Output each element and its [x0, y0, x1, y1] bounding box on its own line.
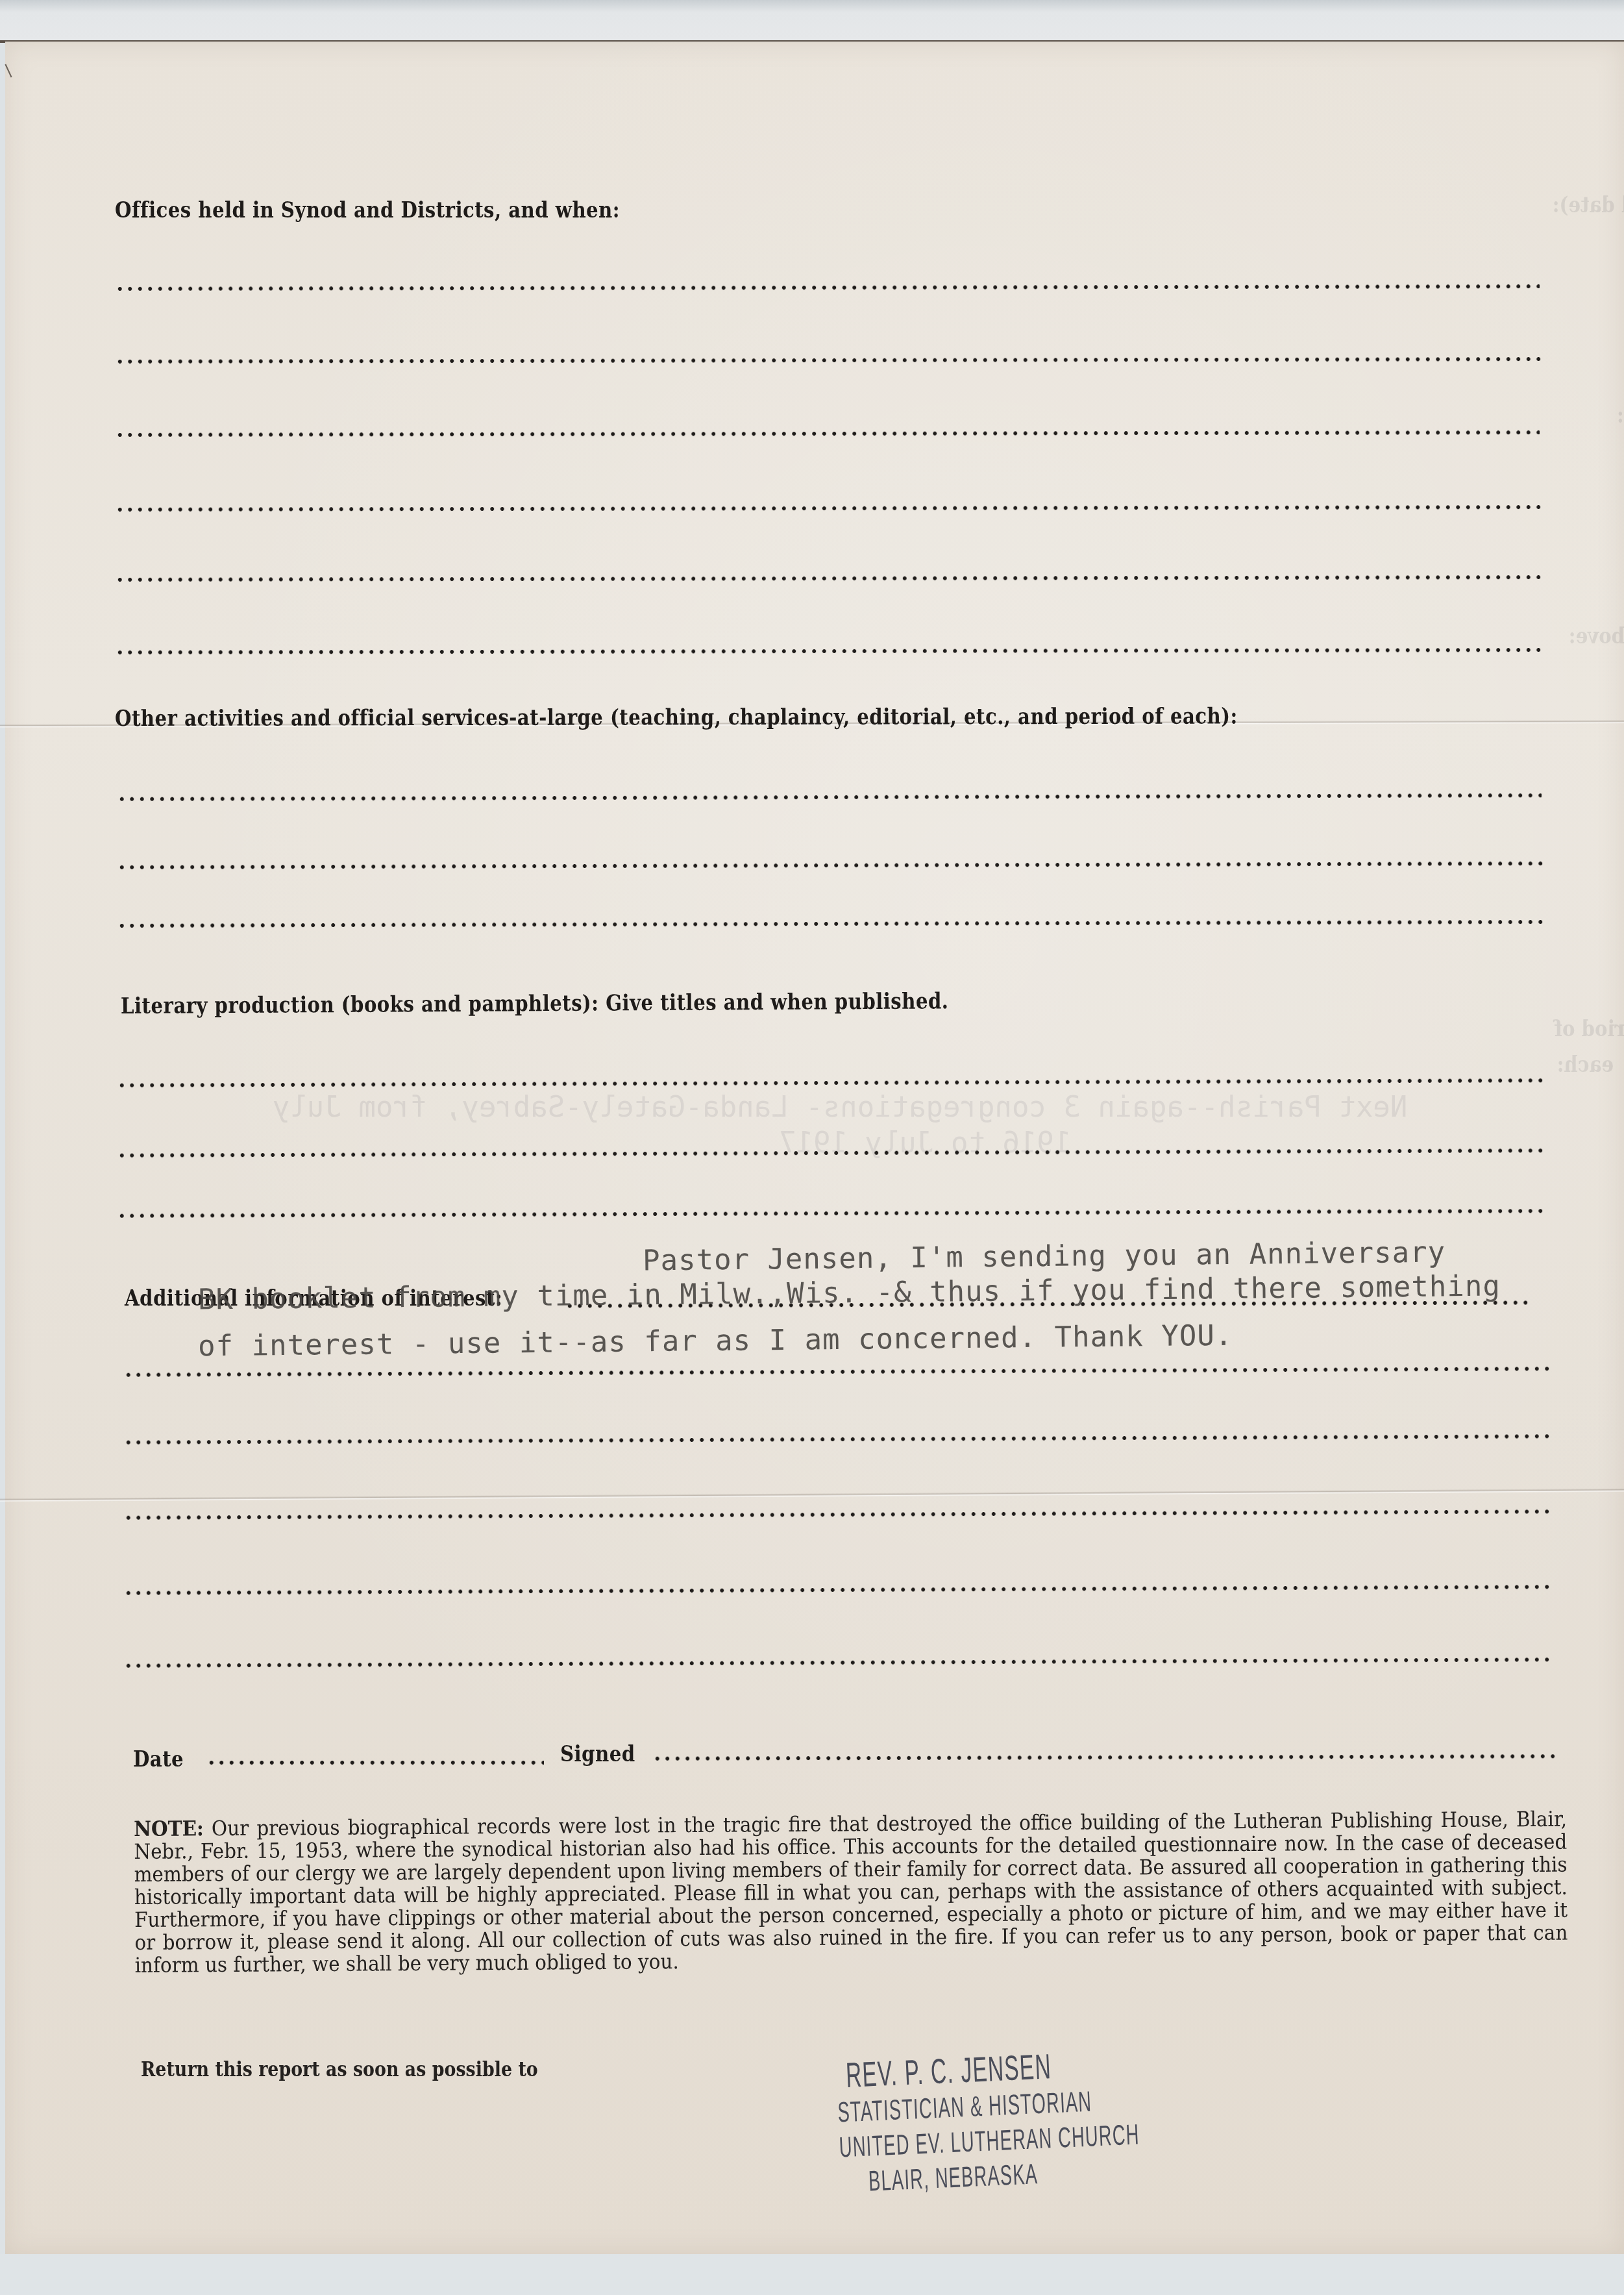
return-instruction: Return this report as soon as possible t… [141, 2057, 538, 2081]
bleed-through-heading: Additional comment on above: [1558, 623, 1624, 649]
signed-label: Signed [560, 1741, 635, 1767]
scanner-bed-bottom [0, 2254, 1624, 2295]
section-label-offices: Offices held in Synod and Districts, and… [115, 197, 620, 223]
section-label-other-activities: Other activities and official services-a… [115, 703, 1238, 732]
bleed-through-heading: Honorary Degrees received (give name of … [1558, 192, 1624, 218]
bleed-through-heading: each: [1558, 1052, 1614, 1078]
section-label-literary: Literary production (books and pamphlets… [121, 988, 949, 1019]
note-body-continued: Furthermore, if you have clippings or ot… [134, 1898, 1568, 1978]
bleed-through-typed: Next Parish--again 3 congregations- Land… [273, 1091, 1407, 1124]
note-paragraph: NOTE: Our previous biographical records … [134, 1808, 1569, 1977]
note-body: Our previous biographical records were l… [134, 1807, 1568, 1909]
date-label: Date [133, 1746, 184, 1772]
address-stamp: REV. P. C. JENSEN STATISTICIAN & HISTORI… [766, 2044, 1135, 2203]
scanner-bed-top [0, 0, 1624, 43]
bleed-through-heading: Other specific training: [1558, 403, 1624, 428]
date-field[interactable] [206, 1761, 544, 1765]
note-heading: NOTE: [134, 1816, 204, 1841]
bleed-through-heading: Ministerial Service. Please give in chro… [1558, 1016, 1624, 1042]
